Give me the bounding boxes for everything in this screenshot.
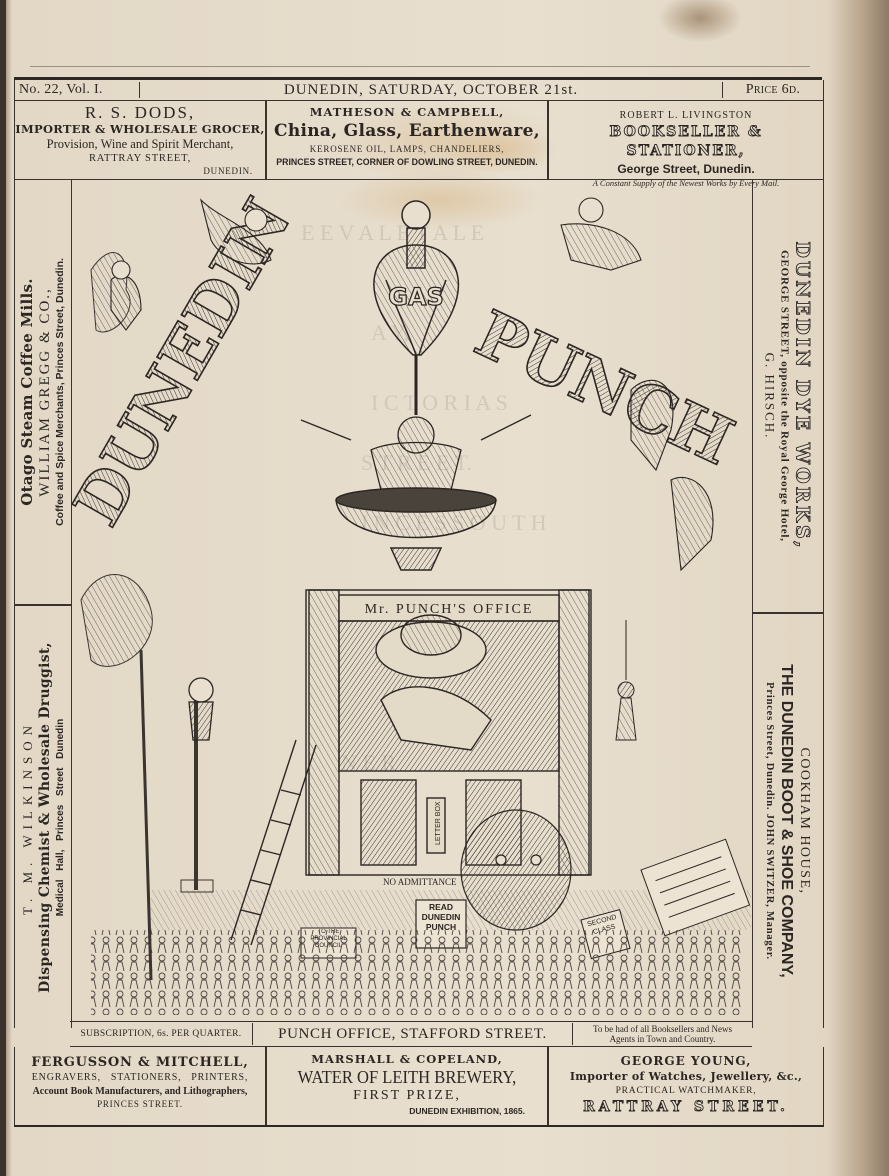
dateline: DUNEDIN, SATURDAY, OCTOBER 21st. — [140, 82, 722, 99]
ad-line: ENGRAVERS, STATIONERS, PRINTERS, — [15, 1071, 265, 1085]
right-side-column: DUNEDIN DYE WORKS, GEORGE STREET, opposi… — [752, 180, 824, 1028]
ad-line: IMPORTER & WHOLESALE GROCER, — [15, 122, 265, 137]
price: Price 6d. — [722, 82, 823, 98]
ad-george-young: GEORGE YOUNG, Importer of Watches, Jewel… — [549, 1047, 823, 1125]
masthead: No. 22, Vol. I. DUNEDIN, SATURDAY, OCTOB… — [14, 80, 824, 101]
ad-line: FIRST PRIZE, — [267, 1087, 547, 1105]
ad-marshall-copeland: MARSHALL & COPELAND, WATER OF LEITH BREW… — [267, 1047, 549, 1125]
footer-strip: SUBSCRIPTION, 6s. PER QUARTER. PUNCH OFF… — [70, 1021, 752, 1047]
crowd — [91, 930, 741, 1015]
letter-box-sign: LETTER BOX — [435, 801, 442, 845]
ad-line: Importer of Watches, Jewellery, &c., — [549, 1069, 823, 1084]
ad-name: MATHESON & CAMPBELL, — [267, 104, 547, 120]
ad-line: Coffee and Spice Merchants, Princes Stre… — [54, 258, 67, 526]
subscription-price: SUBSCRIPTION, 6s. PER QUARTER. — [70, 1023, 253, 1045]
svg-text:E E V A L E T A L E: E E V A L E T A L E — [301, 220, 484, 245]
availability-line: Agents in Town and Country. — [573, 1034, 752, 1044]
ad-line: COOKHAM HOUSE, — [796, 664, 813, 978]
ad-line: Princes Street, Dunedin. JOHN SWITZER, M… — [763, 664, 776, 978]
cover-illustration: E E V A L E T A L E A Y, I C T O R I A S… — [71, 180, 751, 1020]
engraving-drawing: E E V A L E T A L E A Y, I C T O R I A S… — [71, 180, 751, 1020]
ad-line: G. HIRSCH. — [762, 241, 778, 550]
ad-tm-wilkinson: T. M. WILKINSON Dispensing Chemist & Who… — [15, 606, 71, 1028]
ad-line: GEORGE STREET, opposite the Royal George… — [778, 241, 792, 550]
newspaper-page: No. 22, Vol. I. DUNEDIN, SATURDAY, OCTOB… — [0, 0, 889, 1176]
ad-line: PRINCES STREET, CORNER OF DOWLING STREET… — [267, 156, 547, 169]
placard-text: READ DUNEDIN PUNCH — [416, 902, 466, 932]
ad-william-gregg: Otago Steam Coffee Mills. WILLIAM GREGG … — [15, 180, 71, 604]
issue-number: No. 22, Vol. I. — [15, 82, 140, 98]
ad-line: RATTRAY STREET. — [549, 1098, 823, 1116]
ad-line: China, Glass, Earthenware, — [267, 120, 547, 142]
ad-robert-livingston: ROBERT L. LIVINGSTON BOOKSELLER & STATIO… — [549, 101, 823, 179]
bottom-advertisements: FERGUSSON & MITCHELL, ENGRAVERS, STATION… — [14, 1047, 824, 1127]
top-thin-rule — [30, 66, 810, 67]
ad-line: BOOKSELLER & STATIONER, — [549, 123, 823, 161]
ad-line: Medical Hall, Princes Street Dunedin — [54, 642, 67, 993]
svg-text:I C T O R I A S: I C T O R I A S — [371, 390, 508, 415]
ad-line: THE DUNEDIN BOOT & SHOE COMPANY, — [776, 664, 796, 978]
ad-dunedin-dye-works: DUNEDIN DYE WORKS, GEORGE STREET, opposi… — [753, 180, 823, 612]
top-advertisements: R. S. DODS, IMPORTER & WHOLESALE GROCER,… — [14, 101, 824, 180]
ad-line: Dispensing Chemist & Wholesale Druggist, — [36, 642, 54, 993]
ad-line: WATER OF LEITH BREWERY, — [278, 1067, 536, 1087]
ad-line: T. M. WILKINSON — [20, 642, 36, 993]
ad-line: Provision, Wine and Spirit Merchant, — [15, 137, 265, 152]
ad-line: George Street, Dunedin. — [549, 161, 823, 177]
left-side-column: Otago Steam Coffee Mills. WILLIAM GREGG … — [14, 180, 72, 1028]
binding-edge — [0, 0, 6, 1176]
ad-line: Otago Steam Coffee Mills. — [19, 258, 36, 526]
ad-name: ROBERT L. LIVINGSTON — [549, 108, 823, 123]
availability-note: To be had of all Booksellers and News Ag… — [572, 1023, 752, 1045]
ad-name: MARSHALL & COPELAND, — [267, 1052, 547, 1067]
ad-line: DUNEDIN DYE WORKS, — [792, 241, 814, 550]
ad-name: GEORGE YOUNG, — [549, 1053, 823, 1069]
ad-name: FERGUSSON & MITCHELL, — [15, 1054, 265, 1071]
ad-line: PRACTICAL WATCHMAKER, — [549, 1084, 823, 1098]
ad-line: DUNEDIN EXHIBITION, 1865. — [267, 1105, 547, 1117]
title-dunedin: DUNEDIN — [71, 187, 306, 538]
ad-matheson-campbell: MATHESON & CAMPBELL, China, Glass, Earth… — [267, 101, 549, 179]
title-punch: PUNCH — [464, 297, 744, 481]
ad-line: PRINCES STREET. — [15, 1098, 265, 1111]
ad-name: R. S. DODS, — [15, 104, 265, 122]
availability-line: To be had of all Booksellers and News — [573, 1024, 752, 1034]
ad-line: KEROSENE OIL, LAMPS, CHANDELIERS, — [267, 142, 547, 156]
ad-line: DUNEDIN. — [15, 166, 265, 176]
ad-fergusson-mitchell: FERGUSSON & MITCHELL, ENGRAVERS, STATION… — [15, 1047, 267, 1125]
balloon-label: GAS — [388, 283, 444, 311]
ad-line: Account Book Manufacturers, and Lithogra… — [15, 1085, 265, 1098]
office-address: PUNCH OFFICE, STAFFORD STREET. — [253, 1026, 572, 1043]
office-sign: Mr. PUNCH'S OFFICE — [365, 602, 534, 617]
ad-rs-dods: R. S. DODS, IMPORTER & WHOLESALE GROCER,… — [15, 101, 267, 179]
ad-cookham-house: COOKHAM HOUSE, THE DUNEDIN BOOT & SHOE C… — [753, 614, 823, 1028]
ad-line: RATTRAY STREET, — [15, 152, 265, 166]
ad-line: WILLIAM GREGG & CO., — [36, 258, 54, 526]
no-admittance-sign: NO ADMITTANCE — [383, 877, 457, 887]
